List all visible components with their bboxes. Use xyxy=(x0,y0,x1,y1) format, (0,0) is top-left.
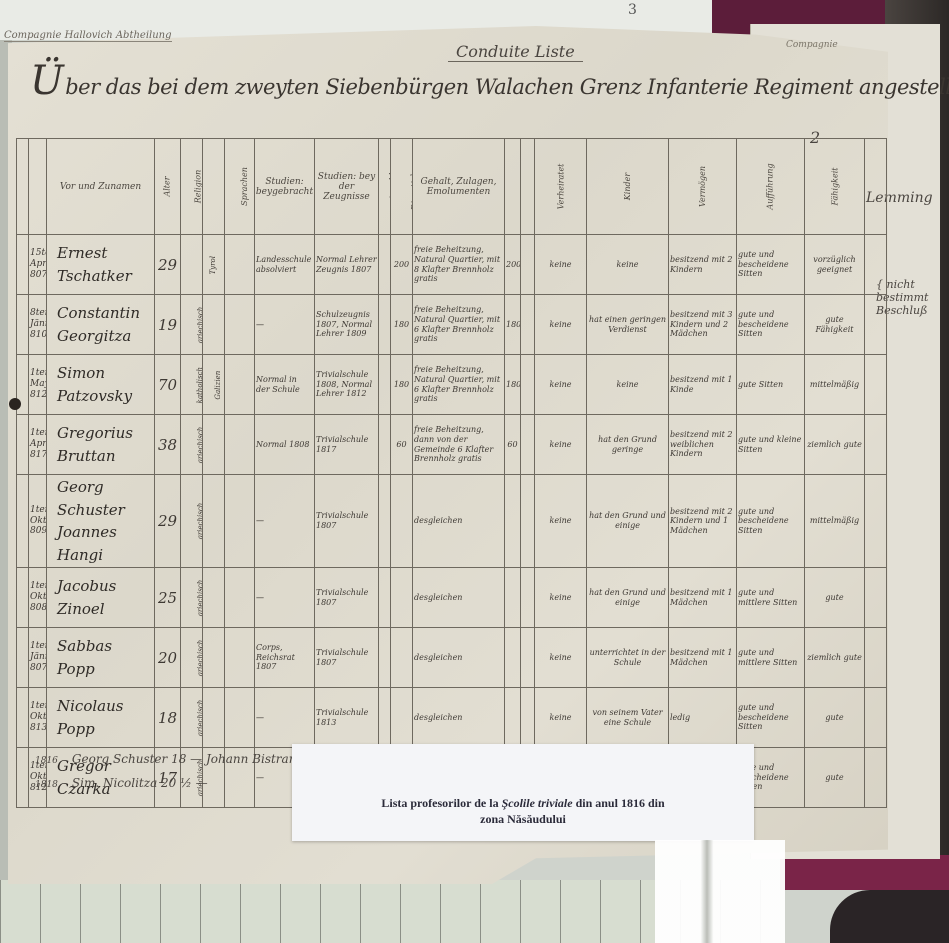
conduct-cell: gute Sitten xyxy=(737,355,805,415)
age-cell: 38 xyxy=(155,415,181,475)
date-cell: 8tenJänner810 xyxy=(29,295,47,355)
certificate-cell: Trivialschule 1807 xyxy=(315,568,379,628)
col-header: Anzahl xyxy=(379,139,391,235)
date-cell: 1tenOktober809 xyxy=(29,475,47,568)
count-cell xyxy=(379,295,391,355)
kr-cell xyxy=(521,688,535,748)
age-cell: 18 xyxy=(155,688,181,748)
col-header: Aufführung xyxy=(737,139,805,235)
children-cell: von seinem Vater eine Schule xyxy=(587,688,669,748)
studies-cell: — xyxy=(255,295,315,355)
certificate-cell: Trivialschule 1817 xyxy=(315,415,379,475)
name-cell: NicolausPopp xyxy=(47,688,155,748)
married-cell: keine xyxy=(535,475,587,568)
studies-cell: Normal in der Schule xyxy=(255,355,315,415)
married-cell: keine xyxy=(535,235,587,295)
use-cell xyxy=(865,688,887,748)
ledger-table: Eintritt Jahr Vor und Zunamen Alter Reli… xyxy=(16,138,887,808)
fl-cell: 60 xyxy=(505,415,521,475)
religion-cell: griechisch xyxy=(181,568,203,628)
col-header: Dienstjahre xyxy=(391,139,413,235)
religion-cell: griechisch xyxy=(181,628,203,688)
age-cell: 19 xyxy=(155,295,181,355)
kr-cell xyxy=(521,475,535,568)
conduct-cell: gute und bescheidene Sitten xyxy=(737,475,805,568)
studies-cell: Landesschule absolviert xyxy=(255,235,315,295)
studies-cell: — xyxy=(255,688,315,748)
count-cell xyxy=(379,355,391,415)
conduct-cell: gute und mittlere Sitten xyxy=(737,568,805,628)
kr-cell xyxy=(521,568,535,628)
studies-cell: — xyxy=(255,475,315,568)
children-cell: keine xyxy=(587,355,669,415)
children-cell: hat den Grund und einige xyxy=(587,568,669,628)
origin-cell: Siebenbürgen xyxy=(203,568,225,628)
count-cell xyxy=(379,235,391,295)
date-cell: 1tenApril817 xyxy=(29,415,47,475)
light-reflection-glare xyxy=(655,840,785,943)
ability-cell: ziemlich gute xyxy=(805,415,865,475)
certificate-cell: Trivialschule 1813 xyxy=(315,688,379,748)
conduct-cell: gute und bescheidene Sitten xyxy=(737,688,805,748)
margin-cell xyxy=(17,295,29,355)
count-cell xyxy=(379,568,391,628)
col-header: Studien: bey der Zeugnisse xyxy=(315,139,379,235)
ability-cell: vorzüglich geeignet xyxy=(805,235,865,295)
years-cell: 180 xyxy=(391,295,413,355)
language-cell xyxy=(225,688,255,748)
conduct-cell: gute und mittlere Sitten xyxy=(737,628,805,688)
age-cell: 29 xyxy=(155,475,181,568)
emoluments-cell: desgleichen xyxy=(413,568,505,628)
conduct-cell: gute und bescheidene Sitten xyxy=(737,235,805,295)
corner-note: Compagnie Hallovich Abtheilung xyxy=(4,30,172,42)
col-header xyxy=(17,139,29,235)
col-header: Vor und Zunamen xyxy=(47,139,155,235)
married-cell: keine xyxy=(535,628,587,688)
name-cell: Georg SchusterJoannesHangi xyxy=(47,475,155,568)
kr-cell xyxy=(521,628,535,688)
certificate-cell: Trivialschule 1808, Normal Lehrer 1812 xyxy=(315,355,379,415)
name-cell: ConstantinGeorgitza xyxy=(47,295,155,355)
conduct-cell: gute und kleine Sitten xyxy=(737,415,805,475)
use-cell xyxy=(865,295,887,355)
ledger-row: 1tenApril817GregoriusBruttan38griechisch… xyxy=(17,415,887,475)
fl-cell xyxy=(505,688,521,748)
language-cell xyxy=(225,235,255,295)
certificate-cell: Trivialschule 1807 xyxy=(315,628,379,688)
years-cell xyxy=(391,475,413,568)
emoluments-cell: desgleichen xyxy=(413,475,505,568)
col-header: Alter xyxy=(155,139,181,235)
margin-cell xyxy=(17,628,29,688)
ability-cell: ziemlich gute xyxy=(805,628,865,688)
kr-cell xyxy=(521,415,535,475)
emoluments-cell: freie Beheitzung, dann von der Gemeinde … xyxy=(413,415,505,475)
language-cell xyxy=(225,475,255,568)
kr-cell xyxy=(521,295,535,355)
religion-cell: griechisch xyxy=(181,415,203,475)
certificate-cell: Normal Lehrer Zeugnis 1807 xyxy=(315,235,379,295)
emoluments-cell: freie Beheitzung, Natural Quartier, mit … xyxy=(413,295,505,355)
use-cell xyxy=(865,628,887,688)
use-cell xyxy=(865,355,887,415)
religion-cell: katholisch xyxy=(181,355,203,415)
background-dark-object xyxy=(830,890,949,943)
origin-cell: Siebenbürgen xyxy=(203,628,225,688)
col-header: Kinder xyxy=(587,139,669,235)
fl-cell: 180 xyxy=(505,295,521,355)
years-cell xyxy=(391,688,413,748)
margin-cell xyxy=(17,688,29,748)
age-cell: 70 xyxy=(155,355,181,415)
married-cell: keine xyxy=(535,355,587,415)
margin-cell xyxy=(17,475,29,568)
col-header: Sprachen xyxy=(225,139,255,235)
date-cell: 1tenJänner807 xyxy=(29,628,47,688)
name-cell: ErnestTschatker xyxy=(47,235,155,295)
count-cell xyxy=(379,628,391,688)
origin-cell: Siebenbürgen xyxy=(203,688,225,748)
col-header xyxy=(521,139,535,235)
origin-cell: Siebenbürgen xyxy=(203,415,225,475)
language-cell xyxy=(225,295,255,355)
emoluments-cell: freie Beheitzung, Natural Quartier, mit … xyxy=(413,355,505,415)
language-cell xyxy=(225,355,255,415)
col-header: Fähigkeit xyxy=(805,139,865,235)
fl-cell xyxy=(505,568,521,628)
religion-cell: griechisch xyxy=(181,475,203,568)
origin-cell: Tyrol xyxy=(203,235,225,295)
origin-cell: Siebenbürgen xyxy=(203,475,225,568)
ability-cell: gute xyxy=(805,748,865,808)
margin-cell xyxy=(17,415,29,475)
origin-cell: Siebenbürgen xyxy=(203,295,225,355)
origin-cell: Galizien xyxy=(203,355,225,415)
count-cell xyxy=(379,688,391,748)
title-initial: Ü xyxy=(30,58,63,104)
col-header: Studien: beygebracht xyxy=(255,139,315,235)
children-cell: hat den Grund und einige xyxy=(587,475,669,568)
years-cell xyxy=(391,628,413,688)
fl-cell: 180 xyxy=(505,355,521,415)
ability-cell: gute xyxy=(805,688,865,748)
ledger-row: 1tenOktober808JacobusZinoel25griechischS… xyxy=(17,568,887,628)
name-cell: JacobusZinoel xyxy=(47,568,155,628)
col-header: Jährlich fl / kr xyxy=(505,139,521,235)
ledger-row: 8tenJänner810ConstantinGeorgitza19griech… xyxy=(17,295,887,355)
years-cell: 180 xyxy=(391,355,413,415)
use-cell xyxy=(865,475,887,568)
children-cell: keine xyxy=(587,235,669,295)
religion-cell: römisch katholisch xyxy=(181,235,203,295)
ledger-header-row: Eintritt Jahr Vor und Zunamen Alter Reli… xyxy=(17,139,887,235)
col-header: Verheiratet xyxy=(535,139,587,235)
ability-cell: gute xyxy=(805,568,865,628)
fl-cell xyxy=(505,628,521,688)
name-cell: GregoriusBruttan xyxy=(47,415,155,475)
col-header: Geburtsort und Land xyxy=(203,139,225,235)
count-cell xyxy=(379,475,391,568)
margin-cell xyxy=(17,748,29,808)
studies-cell: Normal 1808 xyxy=(255,415,315,475)
conduct-cell: gute und bescheidene Sitten xyxy=(737,295,805,355)
property-cell: besitzend mit 1 Kinde xyxy=(669,355,737,415)
use-cell xyxy=(865,415,887,475)
margin-cell xyxy=(17,235,29,295)
property-cell: besitzend mit 2 weiblichen Kindern xyxy=(669,415,737,475)
ledger-row: 15tenApril807ErnestTschatker29römisch ka… xyxy=(17,235,887,295)
religion-cell: griechisch xyxy=(181,688,203,748)
footer-note: 1816Georg Schuster 18 — Johann Bistran xyxy=(35,752,296,766)
background-maroon-cloth-bottom xyxy=(780,855,949,890)
ledger-row: 1tenOktober813NicolausPopp18griechischSi… xyxy=(17,688,887,748)
margin-cell xyxy=(17,568,29,628)
ledger-row: 1tenJänner807SabbasPopp20griechischSiebe… xyxy=(17,628,887,688)
studies-cell: — xyxy=(255,568,315,628)
kr-cell xyxy=(521,235,535,295)
use-cell xyxy=(865,568,887,628)
date-cell: 1tenOktober813 xyxy=(29,688,47,748)
ink-blot xyxy=(9,398,21,410)
title-text: ber das bei dem zweyten Siebenbürgen Wal… xyxy=(65,75,949,99)
name-cell: SimonPatzovsky xyxy=(47,355,155,415)
col-header: Gehalt, Zulagen, Emolumenten xyxy=(413,139,505,235)
language-cell xyxy=(225,568,255,628)
fl-cell xyxy=(505,475,521,568)
ability-cell: gute Fähigkeit xyxy=(805,295,865,355)
married-cell: keine xyxy=(535,295,587,355)
col-header: Verwendung xyxy=(865,139,887,235)
emoluments-cell: freie Beheitzung, Natural Quartier, mit … xyxy=(413,235,505,295)
married-cell: keine xyxy=(535,688,587,748)
museum-caption-label: Lista profesorilor de la Şcolile trivial… xyxy=(292,744,754,841)
property-cell: besitzend mit 2 Kindern und 1 Mädchen xyxy=(669,475,737,568)
footer-notes: 1816Georg Schuster 18 — Johann Bistran 1… xyxy=(35,752,296,800)
ability-cell: mittelmäßig xyxy=(805,355,865,415)
children-cell: hat einen geringen Verdienst xyxy=(587,295,669,355)
col-header: Vermögen xyxy=(669,139,737,235)
certificate-cell: Trivialschule 1807 xyxy=(315,475,379,568)
years-cell xyxy=(391,568,413,628)
language-cell xyxy=(225,628,255,688)
property-cell: besitzend mit 1 Mädchen xyxy=(669,568,737,628)
married-cell: keine xyxy=(535,415,587,475)
property-cell: besitzend mit 2 Kindern xyxy=(669,235,737,295)
background-page-number: 3 xyxy=(628,2,637,18)
col-header: Religion xyxy=(181,139,203,235)
age-cell: 25 xyxy=(155,568,181,628)
married-cell: keine xyxy=(535,568,587,628)
studies-cell: Corps, Reichsrat 1807 xyxy=(255,628,315,688)
count-cell xyxy=(379,415,391,475)
date-cell: 15tenApril807 xyxy=(29,235,47,295)
date-cell: 1tenOktober808 xyxy=(29,568,47,628)
emoluments-cell: desgleichen xyxy=(413,688,505,748)
property-cell: besitzend mit 1 Mädchen xyxy=(669,628,737,688)
years-cell: 60 xyxy=(391,415,413,475)
footer-note: 1818Sim. Nicolitza 20 ½ — xyxy=(35,776,296,790)
emoluments-cell: desgleichen xyxy=(413,628,505,688)
certificate-cell: Schulzeugnis 1807, Normal Lehrer 1809 xyxy=(315,295,379,355)
years-cell: 200 xyxy=(391,235,413,295)
children-cell: unterrichtet in der Schule xyxy=(587,628,669,688)
document-title: Über das bei dem zweyten Siebenbürgen Wa… xyxy=(30,58,949,104)
religion-cell: griechisch xyxy=(181,295,203,355)
col-header: Eintritt Jahr xyxy=(29,139,47,235)
caption-line-2: zona Năsăudului xyxy=(480,811,566,827)
use-cell xyxy=(865,235,887,295)
property-cell: ledig xyxy=(669,688,737,748)
language-cell xyxy=(225,415,255,475)
ability-cell: mittelmäßig xyxy=(805,475,865,568)
use-cell xyxy=(865,748,887,808)
property-cell: besitzend mit 3 Kindern und 2 Mädchen xyxy=(669,295,737,355)
ledger-row: 1tenOktober809Georg SchusterJoannesHangi… xyxy=(17,475,887,568)
fl-cell: 200 xyxy=(505,235,521,295)
age-cell: 20 xyxy=(155,628,181,688)
right-corner-note: Compagnie xyxy=(786,40,838,50)
date-cell: 1tenMay812 xyxy=(29,355,47,415)
name-cell: SabbasPopp xyxy=(47,628,155,688)
age-cell: 29 xyxy=(155,235,181,295)
ledger-row: 1tenMay812SimonPatzovsky70katholischGali… xyxy=(17,355,887,415)
children-cell: hat den Grund geringe xyxy=(587,415,669,475)
kr-cell xyxy=(521,355,535,415)
caption-line-1: Lista profesorilor de la Şcolile trivial… xyxy=(381,795,664,811)
